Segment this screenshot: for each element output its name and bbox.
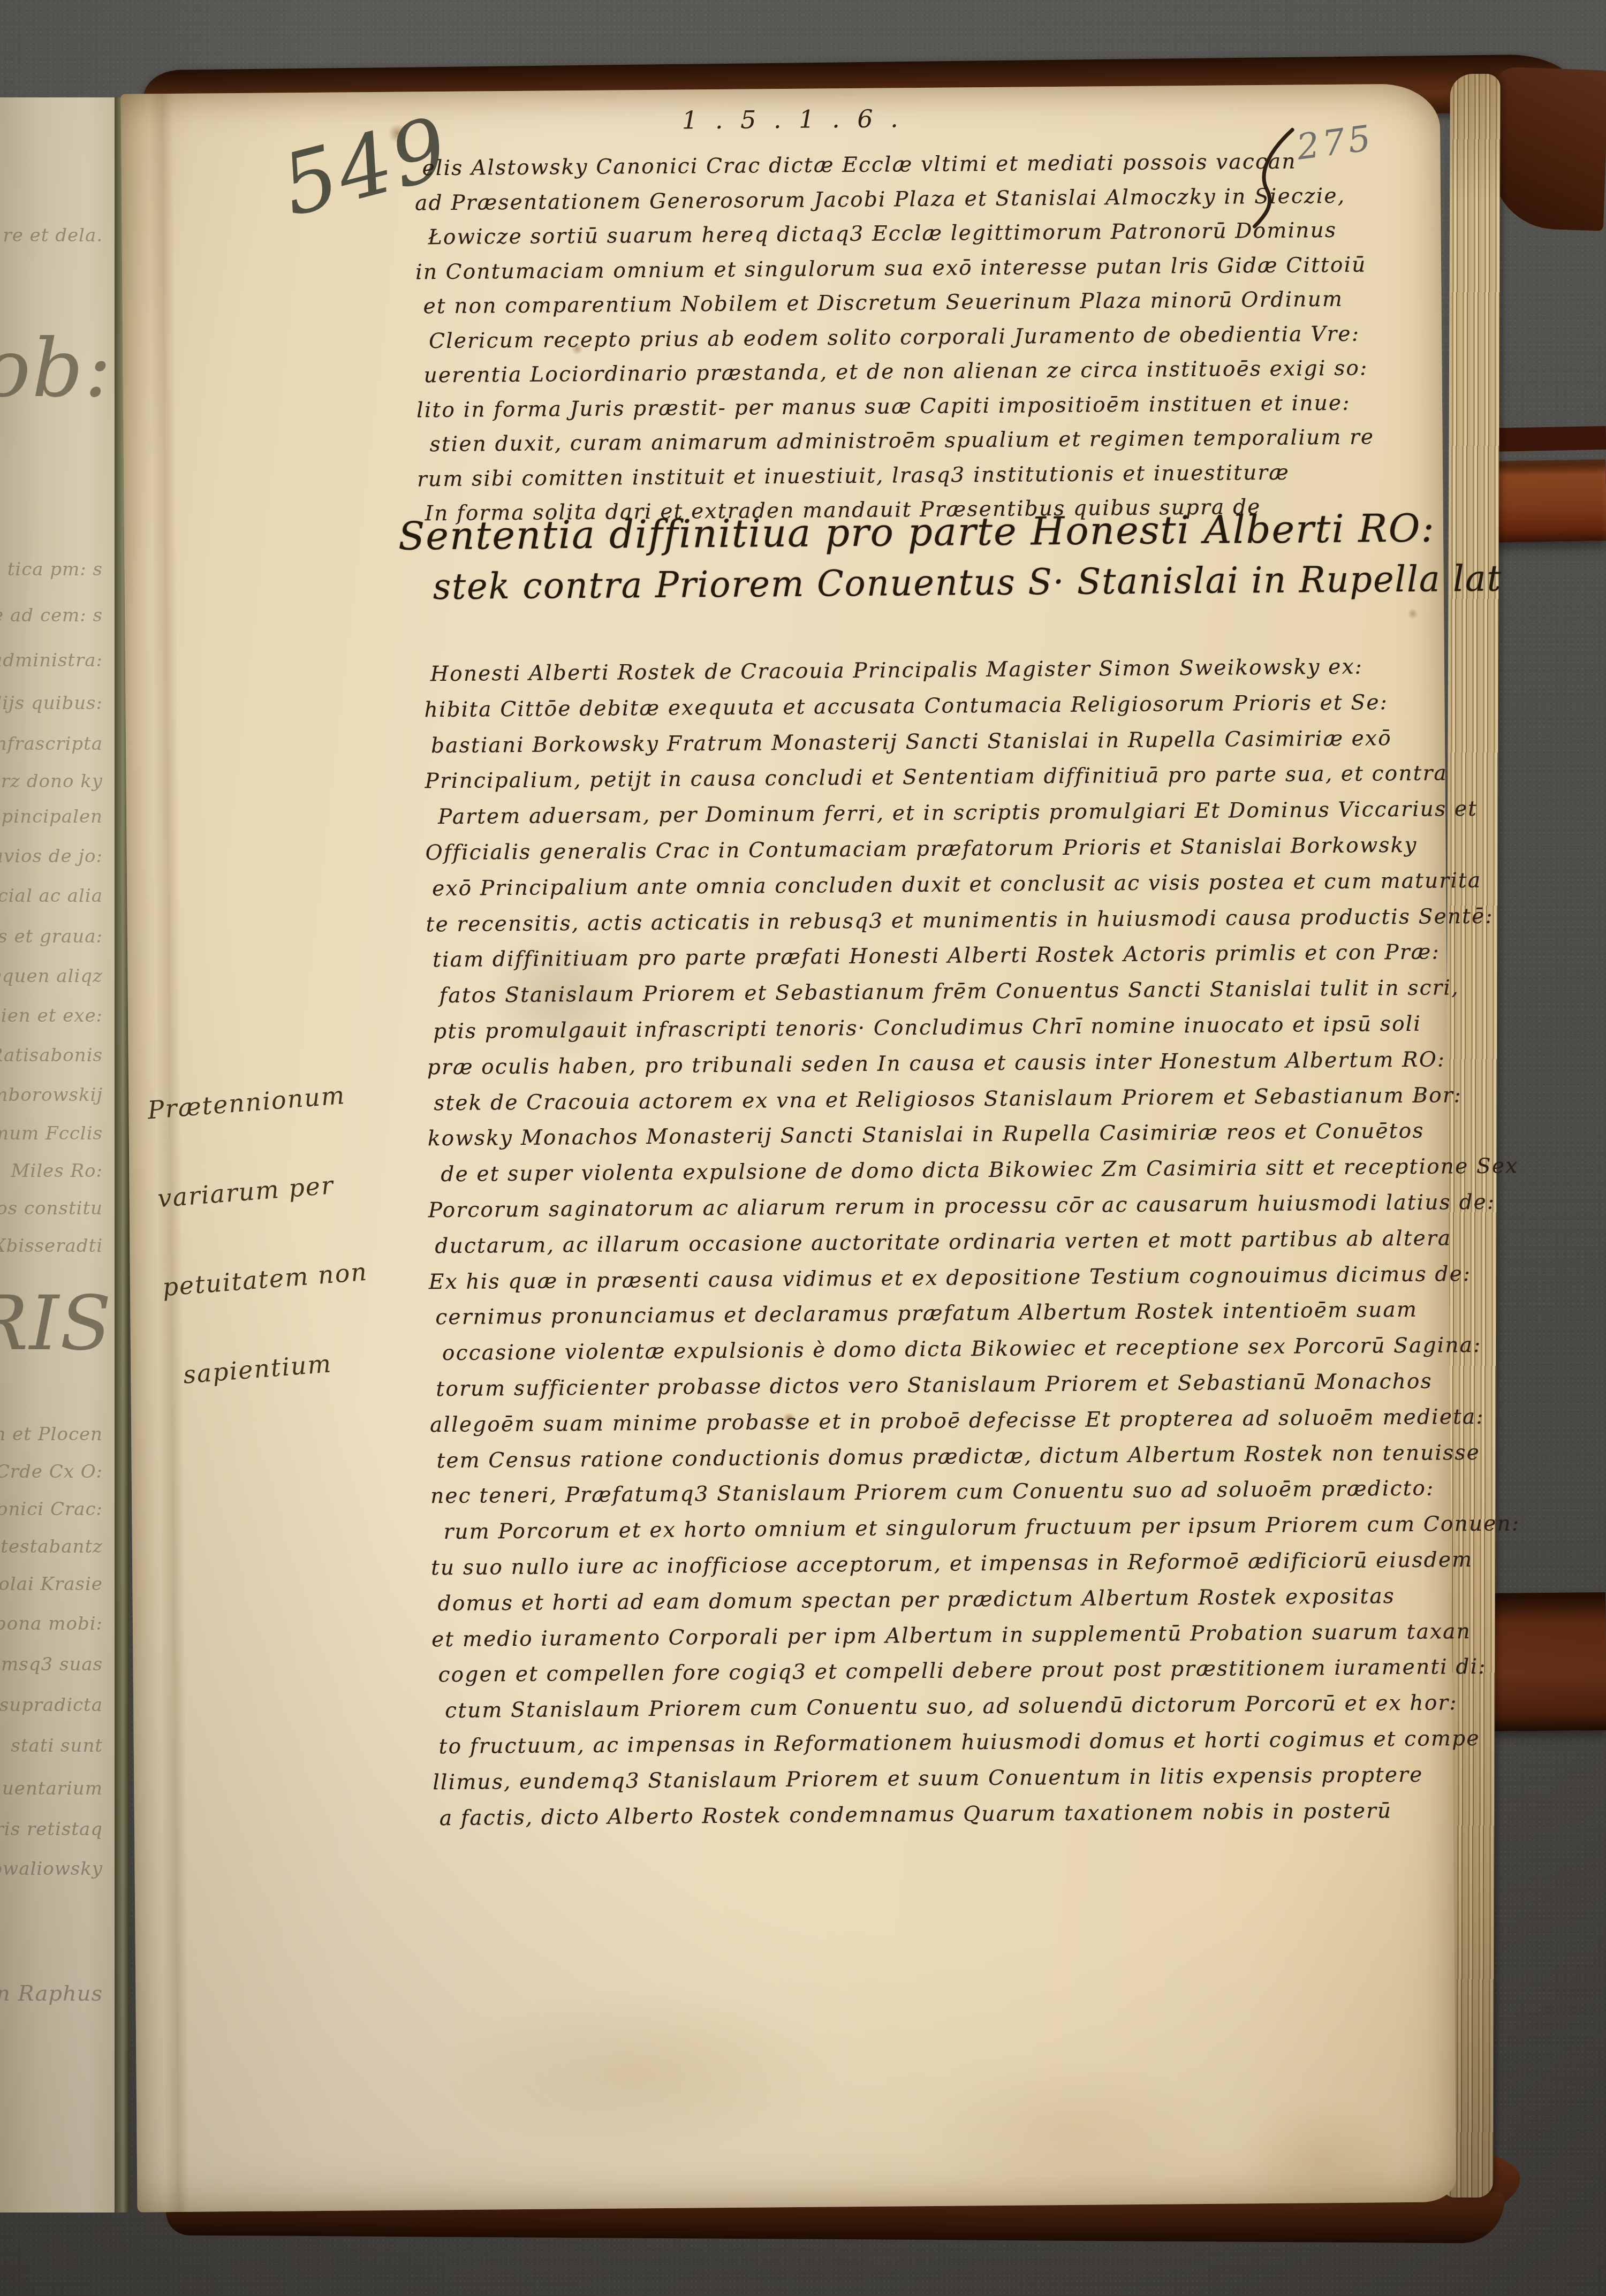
facing-page-edge: re et dela. Octob: tica pm: s s ze ad ce… — [0, 97, 116, 2213]
bleed-through-text: a facien et exe: — [0, 1005, 103, 1027]
bleed-through-text: Xbisseradti — [0, 1235, 103, 1257]
leather-strap-lower — [1491, 1592, 1606, 1731]
manuscript-page: 549 1 . 5 . 1 . 6 . 275 elis Alstowsky C… — [120, 83, 1456, 2212]
leather-strap-shadow — [1486, 426, 1606, 452]
bleed-through-text: ipis supradicta — [0, 1694, 103, 1716]
bleed-through-text: loiavios de jo: — [0, 846, 103, 867]
bleed-through-text: cn et Plocen — [0, 1424, 103, 1445]
margin-note-line: sapientium — [180, 1311, 438, 1419]
bleed-through-text: s ze ad cem: s — [0, 605, 103, 626]
heading-line-2: stek contra Priorem Conuentus S· Stanisl… — [433, 558, 1502, 608]
bleed-through-text: t administra: — [0, 650, 103, 671]
bleed-through-text: as Crde Cx O: — [0, 1461, 103, 1482]
section-heading: Sententia diffinitiua pro parte Honesti … — [398, 505, 1535, 608]
foxing-spot — [1407, 609, 1418, 619]
bleed-through-text: alijs quibus: — [0, 693, 103, 714]
bleed-through-text: mum Fcclis — [0, 1123, 103, 1144]
margin-note: Prætennionum variarum per petuitatem non… — [144, 1045, 438, 1420]
bleed-through-heading: BRIS — [0, 1280, 112, 1367]
bleed-through-text: nfrascripta — [0, 733, 103, 755]
bleed-through-text: onsequen aliqz — [0, 965, 103, 987]
damp-stain — [1239, 2096, 1401, 2221]
bleed-through-heading: Octob: — [0, 322, 112, 415]
bleed-through-text: elris retistaq — [0, 1819, 103, 1840]
bleed-through-text: pincipalen — [2, 806, 103, 827]
bleed-through-text: Miles Ro: — [11, 1160, 103, 1182]
bleed-through-text: nis bona mobi: — [0, 1613, 103, 1634]
damp-stain — [918, 2055, 1218, 2207]
scanned-manuscript-photo: { "document": { "folio_number": "549", "… — [0, 0, 1606, 2296]
heading-line-1: Sententia diffinitiua pro parte Honesti … — [398, 505, 1535, 559]
bleed-through-text: gs et graua: — [0, 926, 103, 947]
bleed-through-text: Ratisabonis — [0, 1045, 103, 1066]
bleed-through-text: molicial ac alia — [0, 885, 103, 907]
bleed-through-text: olai Krasie — [0, 1573, 103, 1595]
intro-text-block: elis Alstowsky Canonici Crac dictæ Ecclæ… — [422, 144, 1431, 531]
bleed-through-text: Inuentarium — [0, 1778, 103, 1799]
bleed-through-text: tica pm: s — [7, 559, 103, 580]
bleed-through-text: latos constitu — [0, 1198, 103, 1219]
text-line: a factis, dicto Alberto Rostek condemnam… — [440, 1793, 1446, 1837]
damp-stain — [435, 1983, 844, 2163]
body-text-block: Honesti Alberti Rostek de Cracouia Princ… — [430, 649, 1446, 1836]
bleed-through-text: Canonici Crac: — [0, 1499, 103, 1520]
bleed-through-text: stati sunt — [11, 1735, 103, 1757]
bleed-through-text: ebrz dono ky — [0, 771, 103, 792]
bleed-through-text: mamsq3 suas — [0, 1654, 103, 1675]
book-cover-top-right-corner — [1490, 66, 1606, 231]
bleed-through-text: amborowskij — [0, 1084, 103, 1106]
year-header: 1 . 5 . 1 . 6 . — [682, 104, 903, 134]
bleed-through-text: re et dela. — [3, 225, 103, 246]
bleed-through-text: din Raphus — [0, 1981, 103, 2006]
bleed-through-text: cotestabantz — [0, 1536, 103, 1557]
bleed-through-text: Kowaliowsky — [0, 1858, 103, 1880]
